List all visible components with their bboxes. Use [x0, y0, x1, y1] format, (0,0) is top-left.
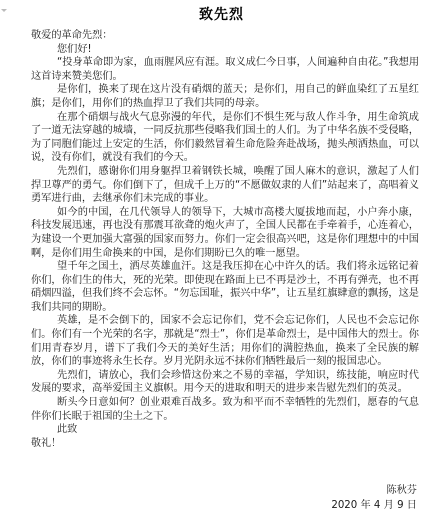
signature-block: 陈秋芬 2020 年 4 月 9 日	[331, 483, 417, 513]
paragraph-8: 先烈们，请放心，我们会珍惜这份来之不易的幸福，学知识，练技能，响应时代发展的要求…	[31, 369, 419, 396]
document-title: 致先烈	[0, 4, 443, 24]
paragraph-3: 在那个硝烟与战火气息弥漫的年代，是你们不惧生死与敌人作斗争，用生命筑成了一道无法…	[31, 111, 419, 165]
paragraph-2: 是你们，换来了现在这片没有硝烟的蓝天；是你们，用自己的鲜血染红了五星红旗；是你们…	[31, 83, 419, 110]
paragraph-7: 英雄，是不会倒下的，国家不会忘记你们，党不会忘记你们，人民也不会忘记你们。你们有…	[31, 314, 419, 368]
letter-body: 敬爱的革命先烈： 您们好! “投身革命即为家，血雨腥风应有涯。取义成仁今日事，人…	[31, 29, 419, 450]
greeting: 您们好!	[31, 43, 419, 57]
paragraph-9: 断头今日意如何？创业艰难百战多。致为和平而不幸牺牲的先烈们，愿春的气息伴你们长眠…	[31, 396, 419, 423]
salutation: 敬爱的革命先烈：	[31, 29, 419, 43]
paragraph-5: 如今的中国，在几代领导人的领导下，大城市高楼大厦拔地而起，小户奔小康，科技发展迅…	[31, 206, 419, 260]
letter-date: 2020 年 4 月 9 日	[331, 498, 417, 513]
paragraph-1: “投身革命即为家，血雨腥风应有涯。取义成仁今日事，人间遍种自由花。”我想用这首诗…	[31, 56, 419, 83]
salute: 敬礼！	[31, 437, 419, 451]
closing: 此致	[31, 423, 419, 437]
author-name: 陈秋芬	[331, 483, 417, 498]
paragraph-4: 先烈们，感谢你们用身躯捍卫着钢铁长城，唤醒了国人麻木的意识，激起了人们捍卫尊严的…	[31, 165, 419, 206]
paragraph-6: 望千年之国土，洒尽英雄血汗。这是我压抑在心中许久的话。我们将永远铭记着你们，你们…	[31, 260, 419, 314]
